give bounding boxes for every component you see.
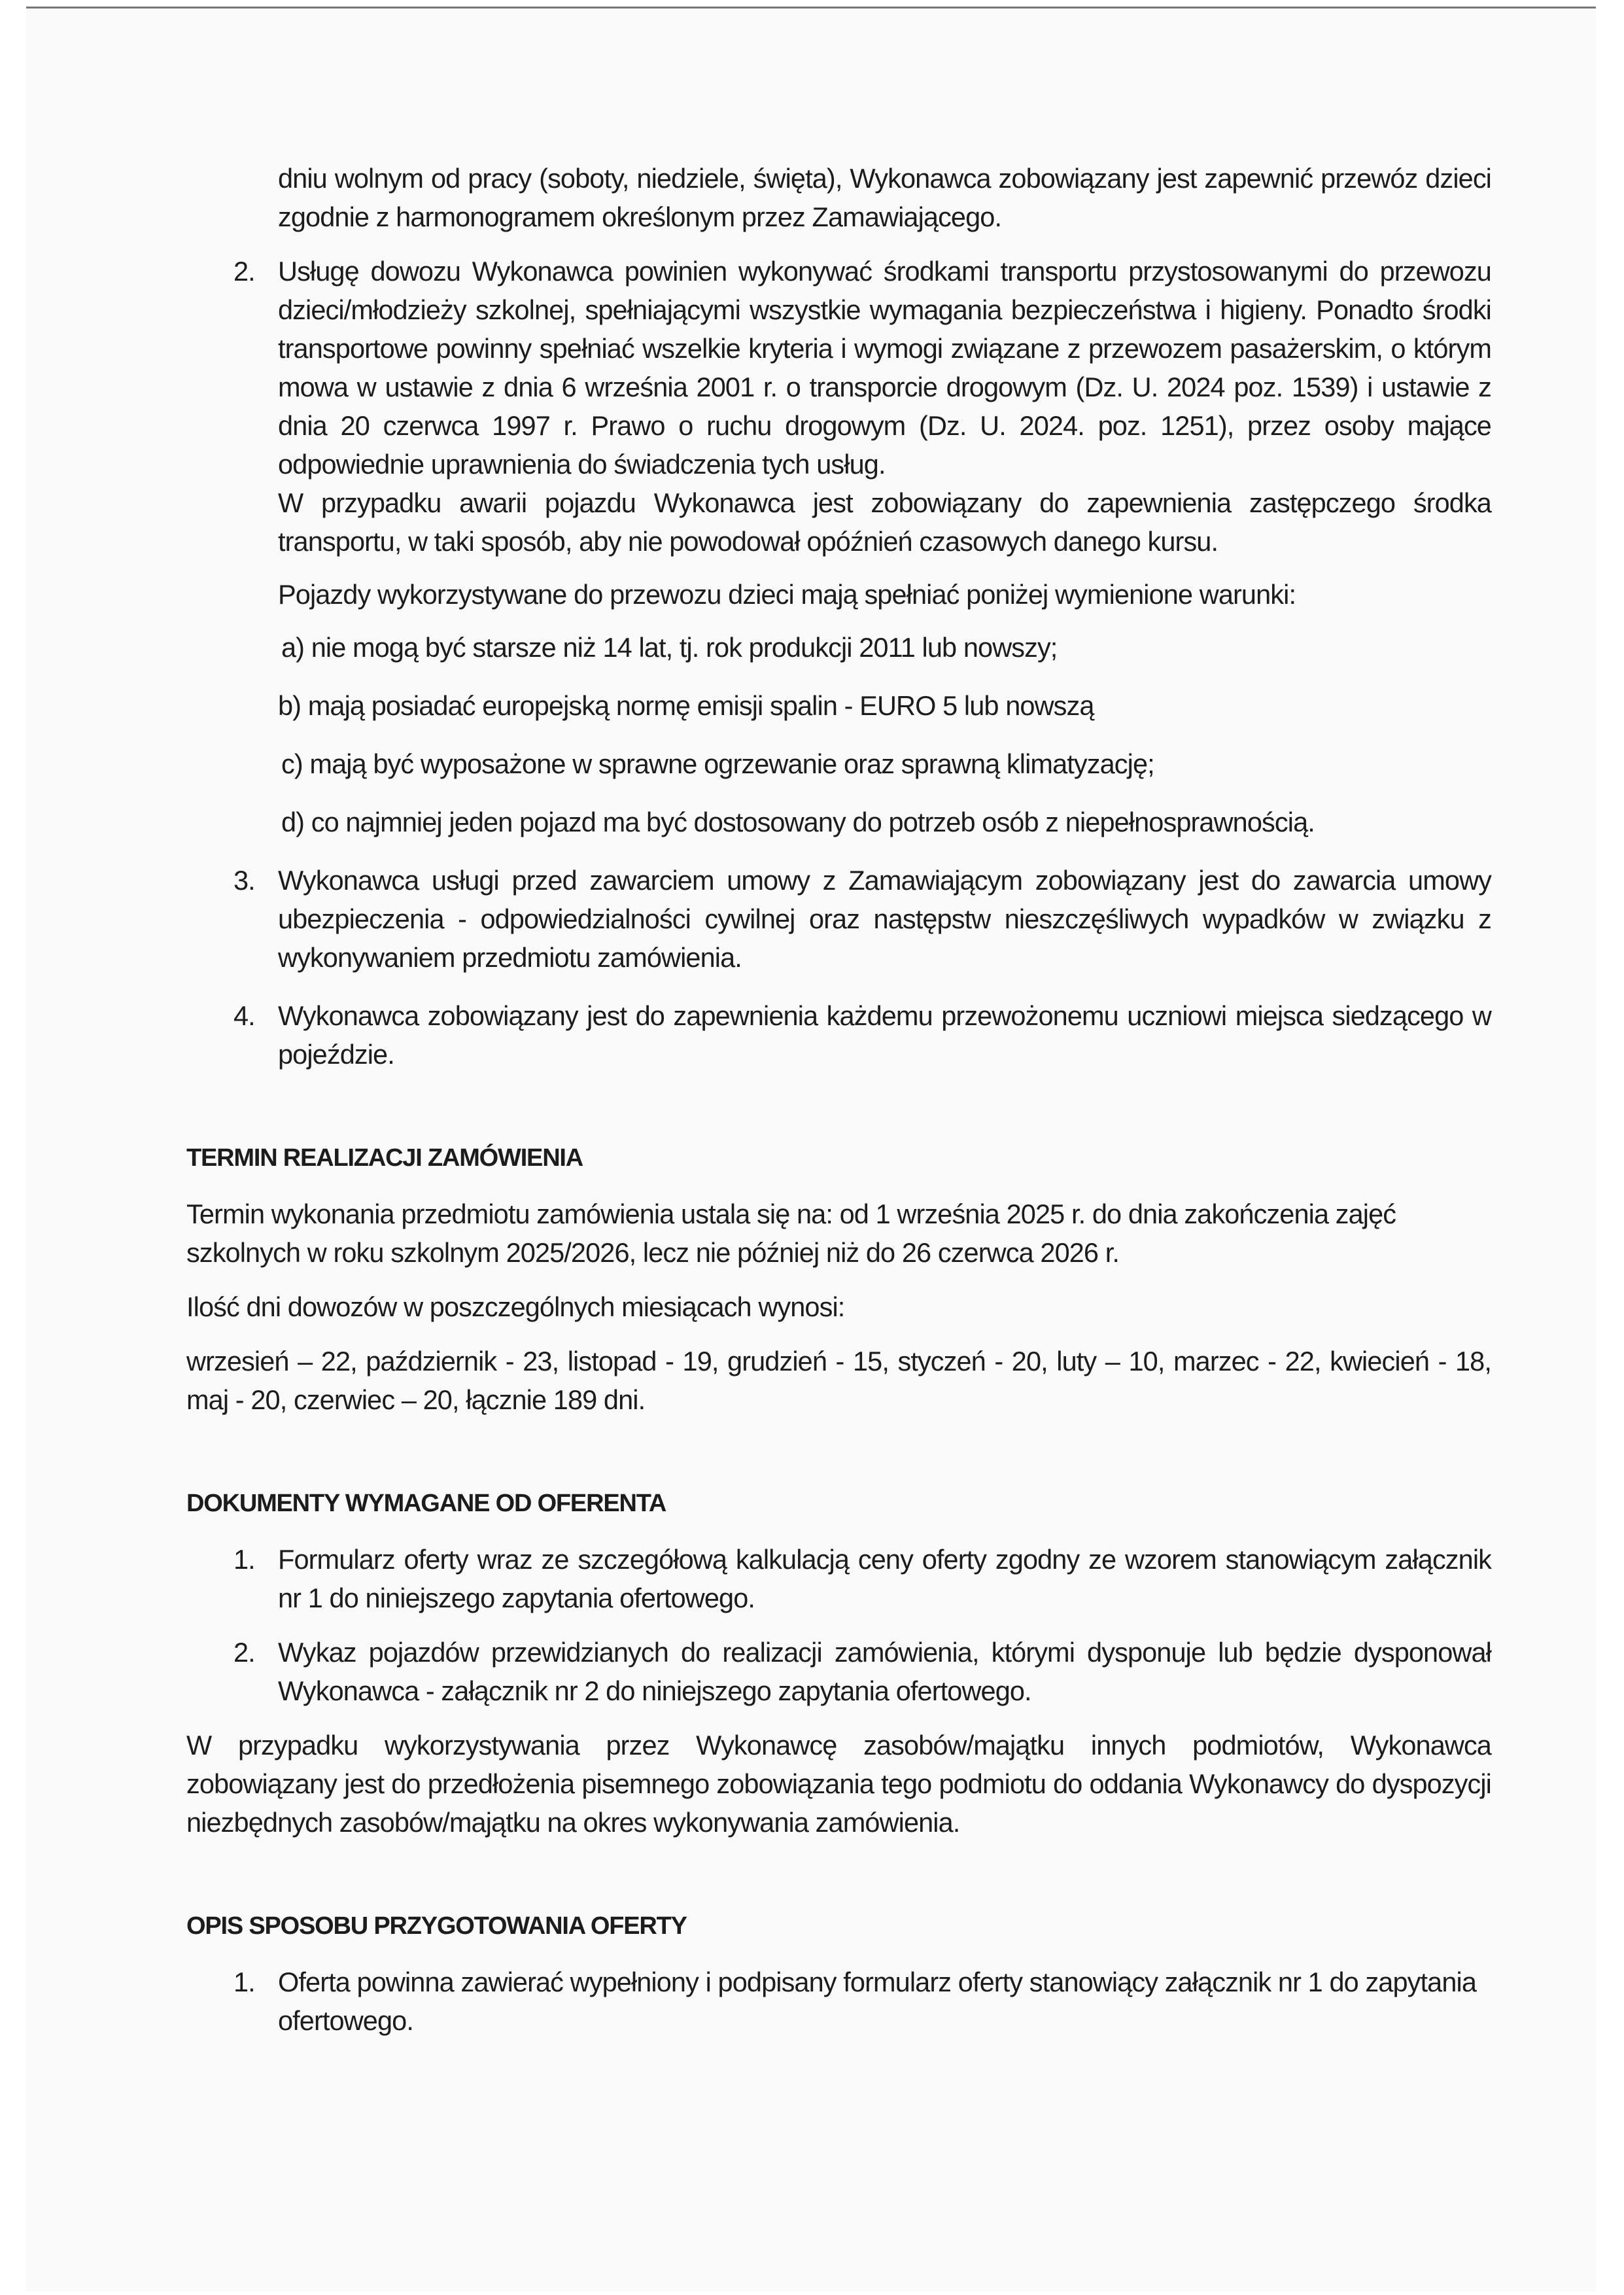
condition-item: b) mają posiadać europejską normę emisji…	[186, 686, 1491, 725]
requirements-list-cont: 3. Wykonawca usługi przed zawarciem umow…	[186, 861, 1491, 1074]
days-intro: Ilość dni dowozów w poszczególnych miesi…	[186, 1288, 1491, 1326]
section-heading: DOKUMENTY WYMAGANE OD OFERENTA	[186, 1484, 1491, 1523]
offer-prep-list: 1. Oferta powinna zawierać wypełniony i …	[186, 1963, 1491, 2040]
list-item-text: Oferta powinna zawierać wypełniony i pod…	[278, 1963, 1491, 2040]
scanned-page: dniu wolnym od pracy (soboty, niedziele,…	[26, 7, 1596, 2292]
documents-list: 1. Formularz oferty wraz ze szczegółową …	[186, 1540, 1491, 1710]
list-number: 3.	[233, 861, 255, 900]
list-item: 1. Formularz oferty wraz ze szczegółową …	[186, 1540, 1491, 1617]
condition-item: a) nie mogą być starsze niż 14 lat, tj. …	[186, 628, 1491, 667]
list-number: 2.	[233, 252, 255, 290]
vehicle-conditions: a) nie mogą być starsze niż 14 lat, tj. …	[186, 628, 1491, 841]
list-number: 4.	[233, 996, 255, 1035]
condition-item: c) mają być wyposażone w sprawne ogrzewa…	[186, 745, 1491, 783]
list-item: 4. Wykonawca zobowiązany jest do zapewni…	[186, 996, 1491, 1074]
condition-item: d) co najmniej jeden pojazd ma być dosto…	[186, 803, 1491, 841]
list-number: 1.	[233, 1963, 255, 2001]
section-heading: TERMIN REALIZACJI ZAMÓWIENIA	[186, 1139, 1491, 1178]
list-item: 2. Wykaz pojazdów przewidzianych do real…	[186, 1633, 1491, 1710]
list-number: 1.	[233, 1540, 255, 1579]
section-dokumenty: DOKUMENTY WYMAGANE OD OFERENTA 1. Formul…	[186, 1484, 1491, 1842]
list-item-text: Usługę dowozu Wykonawca powinien wykonyw…	[278, 252, 1491, 483]
requirements-list: 2. Usługę dowozu Wykonawca powinien wyko…	[186, 252, 1491, 614]
document-body: dniu wolnym od pracy (soboty, niedziele,…	[186, 159, 1491, 2040]
list-item-text: Wykaz pojazdów przewidzianych do realiza…	[278, 1633, 1491, 1710]
list-item-text: Wykonawca usługi przed zawarciem umowy z…	[278, 861, 1491, 977]
section-termin: TERMIN REALIZACJI ZAMÓWIENIA Termin wyko…	[186, 1139, 1491, 1419]
list-item: 1. Oferta powinna zawierać wypełniony i …	[186, 1963, 1491, 2040]
termin-paragraph: Termin wykonania przedmiotu zamówienia u…	[186, 1195, 1491, 1272]
vehicle-breakdown-paragraph: W przypadku awarii pojazdu Wykonawca jes…	[278, 483, 1491, 561]
resources-note: W przypadku wykorzystywania przez Wykona…	[186, 1726, 1491, 1842]
continuation-paragraph: dniu wolnym od pracy (soboty, niedziele,…	[186, 159, 1491, 236]
days-per-month: wrzesień – 22, październik - 23, listopa…	[186, 1342, 1491, 1419]
list-item: 3. Wykonawca usługi przed zawarciem umow…	[186, 861, 1491, 977]
list-number: 2.	[233, 1633, 255, 1672]
conditions-intro: Pojazdy wykorzystywane do przewozu dziec…	[278, 575, 1491, 614]
list-item-text: Wykonawca zobowiązany jest do zapewnieni…	[278, 996, 1491, 1074]
list-item: 2. Usługę dowozu Wykonawca powinien wyko…	[186, 252, 1491, 614]
section-heading: OPIS SPOSOBU PRZYGOTOWANIA OFERTY	[186, 1907, 1491, 1946]
section-opis: OPIS SPOSOBU PRZYGOTOWANIA OFERTY 1. Ofe…	[186, 1907, 1491, 2040]
list-item-text: Formularz oferty wraz ze szczegółową kal…	[278, 1540, 1491, 1617]
